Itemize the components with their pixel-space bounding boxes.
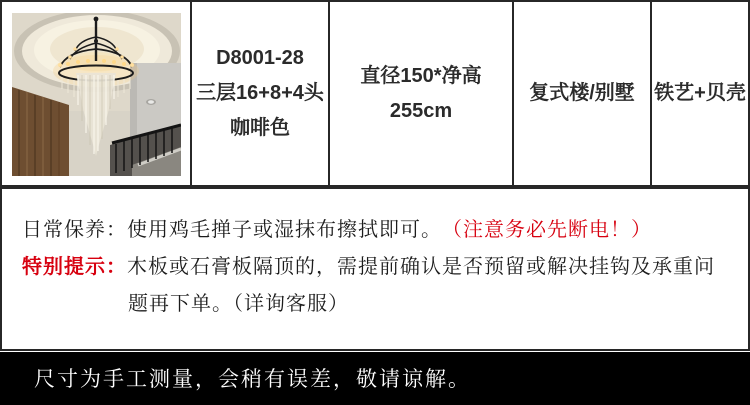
model-number: D8001-28 [216, 41, 304, 76]
model-color: 咖啡色 [230, 111, 290, 146]
care-notes-box: 日常保养：使用鸡毛掸子或湿抹布擦拭即可。（注意务必先断电！） 特别提示：木板或石… [0, 187, 750, 351]
product-spec-page: D8001-28 三层16+8+4头 咖啡色 直径150*净高255cm 复式楼… [0, 0, 750, 405]
special-tip-line: 特别提示：木板或石膏板隔顶的，需提前确认是否预留或解决挂钩及承重问 [22, 248, 740, 285]
usage-cell: 复式楼/别墅 [512, 2, 650, 185]
material-cell: 铁艺+贝壳 [650, 2, 748, 185]
chandelier-photo [12, 13, 181, 176]
disclaimer-bar: 尺寸为手工测量，会稍有误差，敬请谅解。 [0, 352, 750, 405]
special-tip-label: 特别提示： [22, 254, 127, 278]
model-cell: D8001-28 三层16+8+4头 咖啡色 [190, 2, 328, 185]
disclaimer-text: 尺寸为手工测量，会稍有误差，敬请谅解。 [34, 367, 471, 391]
model-config: 三层16+8+4头 [196, 76, 324, 111]
material-value: 铁艺+贝壳 [654, 76, 746, 111]
special-tip-text-1: 木板或石膏板隔顶的，需提前确认是否预留或解决挂钩及承重问 [127, 254, 715, 278]
size-cell: 直径150*净高255cm [328, 2, 512, 185]
special-tip-text-2: 题再下单。（详询客服） [128, 291, 349, 315]
daily-care-text: 使用鸡毛掸子或湿抹布擦拭即可。 [127, 217, 442, 241]
daily-care-line: 日常保养：使用鸡毛掸子或湿抹布擦拭即可。（注意务必先断电！） [22, 211, 740, 248]
special-tip-line-2: 题再下单。（详询客服） [128, 285, 740, 322]
usage-value: 复式楼/别墅 [529, 76, 635, 111]
power-off-warning: （注意务必先断电！） [452, 217, 652, 241]
spec-table: D8001-28 三层16+8+4头 咖啡色 直径150*净高255cm 复式楼… [0, 0, 750, 187]
product-photo-cell [2, 2, 190, 185]
daily-care-label: 日常保养： [22, 217, 127, 241]
size-value: 直径150*净高255cm [330, 59, 512, 129]
